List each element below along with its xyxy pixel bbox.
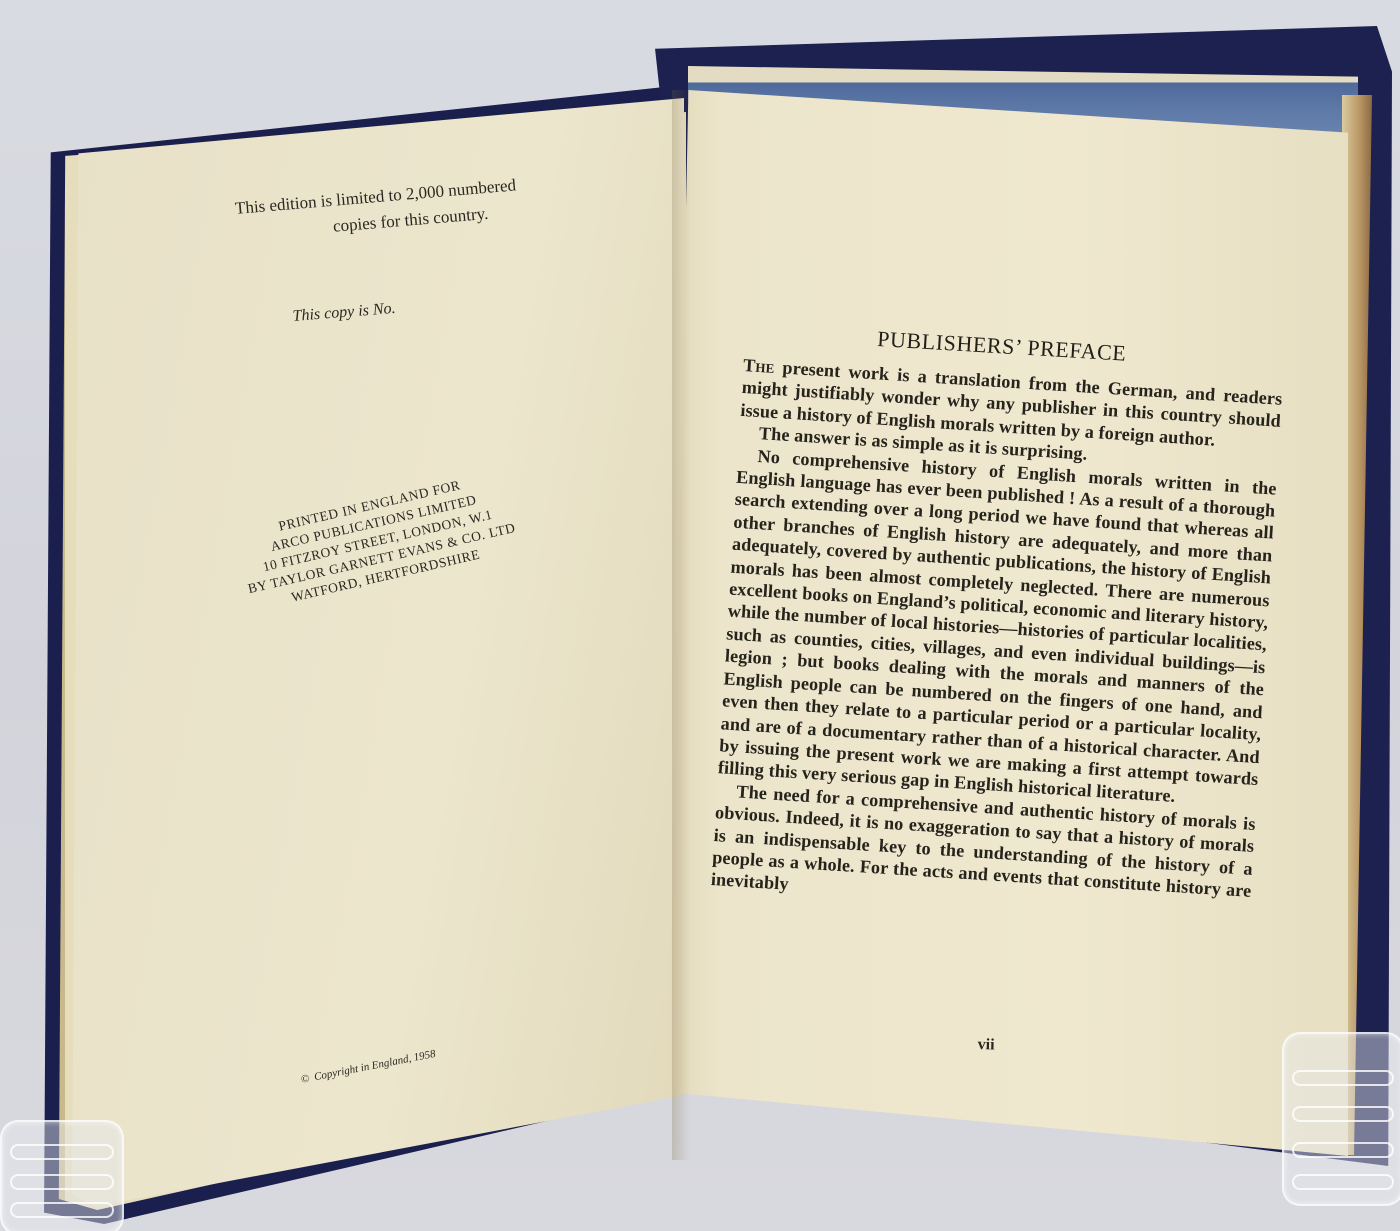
copyright-symbol-icon: © <box>300 1072 310 1085</box>
book-photo: This edition is limited to 2,000 numbere… <box>0 0 1400 1231</box>
acrylic-stand-right <box>1282 1032 1400 1206</box>
book-gutter <box>672 90 690 1160</box>
preface-body: The present work is a translation from t… <box>710 354 1283 925</box>
page-number: vii <box>977 1036 995 1055</box>
paragraph: No comprehensive history of English mora… <box>717 443 1277 812</box>
left-page <box>66 98 684 1206</box>
acrylic-stand-left <box>0 1120 124 1231</box>
drop-lead: The <box>743 355 775 377</box>
